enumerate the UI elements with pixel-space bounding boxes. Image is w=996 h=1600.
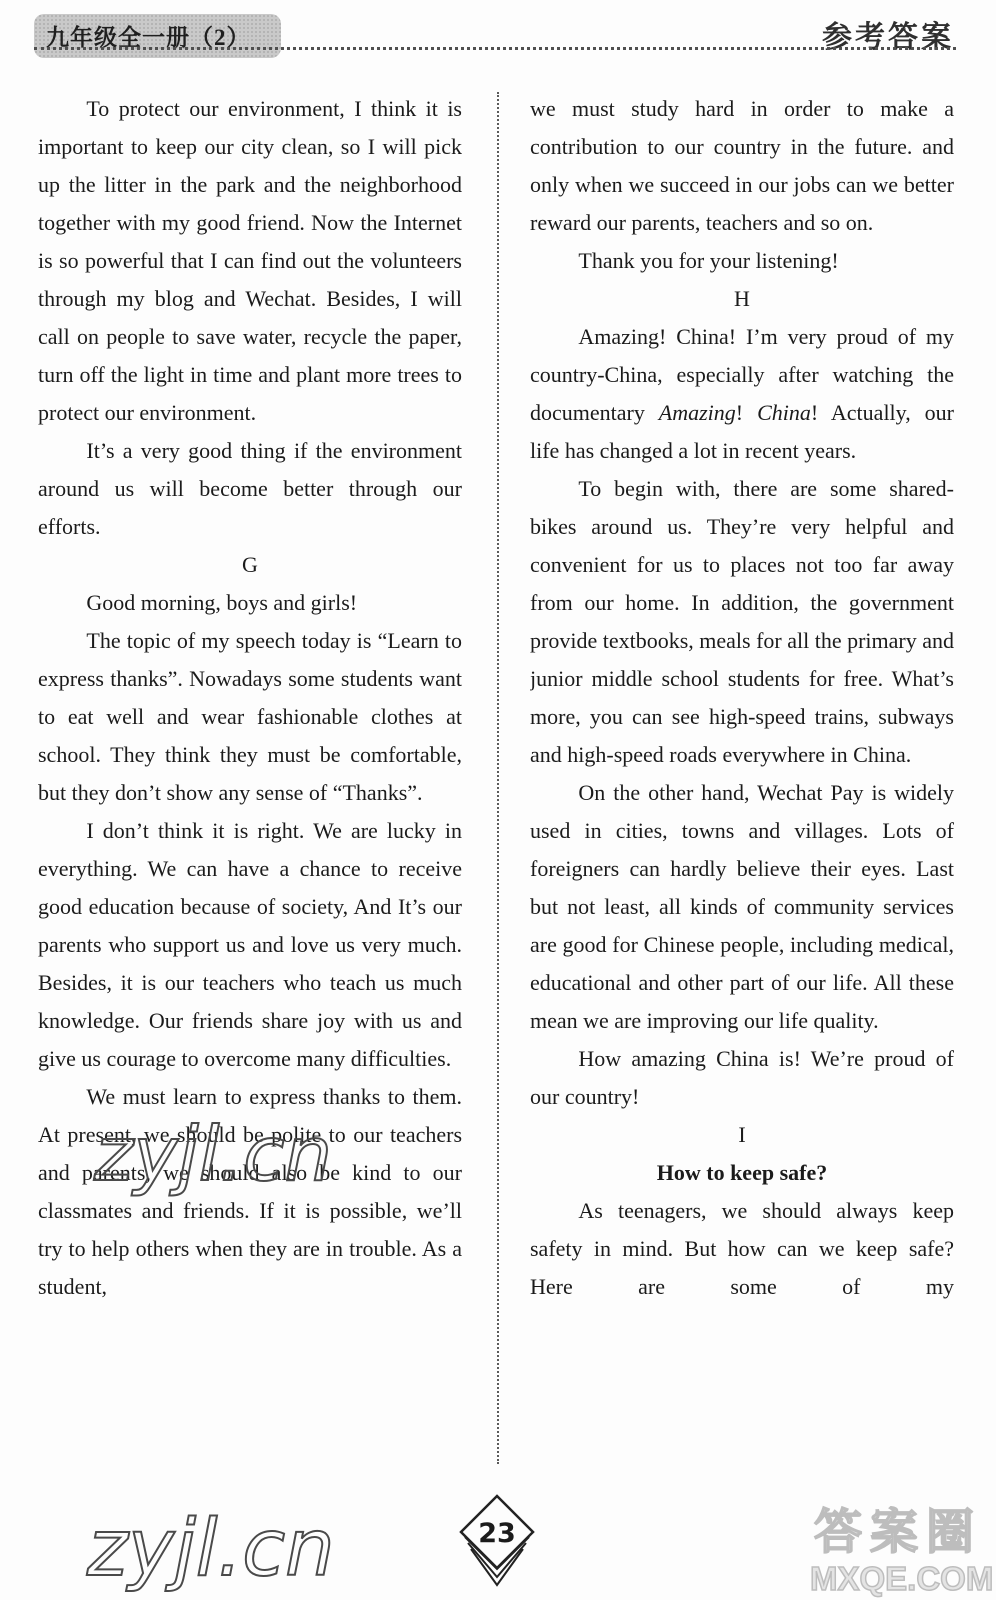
watermark-site-text: MXQE.COM <box>810 1560 993 1597</box>
page-number-badge: 23 <box>452 1492 542 1598</box>
paragraph: We must learn to express thanks to them.… <box>38 1078 462 1306</box>
paragraph: To begin with, there are some shared-bik… <box>530 470 954 774</box>
column-divider <box>497 92 499 1464</box>
scanned-answer-page: 九年级全一册（2） 参考答案 To protect our environmen… <box>0 0 996 1600</box>
left-text-column: To protect our environment, I think it i… <box>38 90 462 1468</box>
page-number: 23 <box>478 1518 516 1549</box>
paragraph: I don’t think it is right. We are lucky … <box>38 812 462 1078</box>
paragraph: Amazing! China! I’m very proud of my cou… <box>530 318 954 470</box>
paragraph-continued: we must study hard in order to make a co… <box>530 90 954 242</box>
right-text-column: we must study hard in order to make a co… <box>530 90 954 1468</box>
paragraph: How amazing China is! We’re proud of our… <box>530 1040 954 1116</box>
paragraph: Good morning, boys and girls! <box>38 584 462 622</box>
paragraph: Thank you for your listening! <box>530 242 954 280</box>
paragraph: To protect our environment, I think it i… <box>38 90 462 432</box>
watermark-badge-text: 答案圈 <box>814 1506 982 1559</box>
section-label: H <box>530 280 954 318</box>
section-label: I <box>530 1116 954 1154</box>
speech-title: How to keep safe? <box>530 1154 954 1192</box>
paragraph: As teenagers, we should always keep safe… <box>530 1192 954 1306</box>
watermark-answer-site: 答案圈 MXQE.COM <box>808 1500 996 1600</box>
paragraph: It’s a very good thing if the environmen… <box>38 432 462 546</box>
paragraph: The topic of my speech today is “Learn t… <box>38 622 462 812</box>
header-dotted-rule <box>34 47 956 50</box>
booklet-title-badge: 九年级全一册（2） <box>34 14 281 58</box>
section-label: G <box>38 546 462 584</box>
watermark-text: zyjl.cn <box>86 1505 335 1594</box>
paragraph: On the other hand, Wechat Pay is widely … <box>530 774 954 1040</box>
watermark-zyjl-bottom: zyjl.cn <box>85 1505 385 1600</box>
